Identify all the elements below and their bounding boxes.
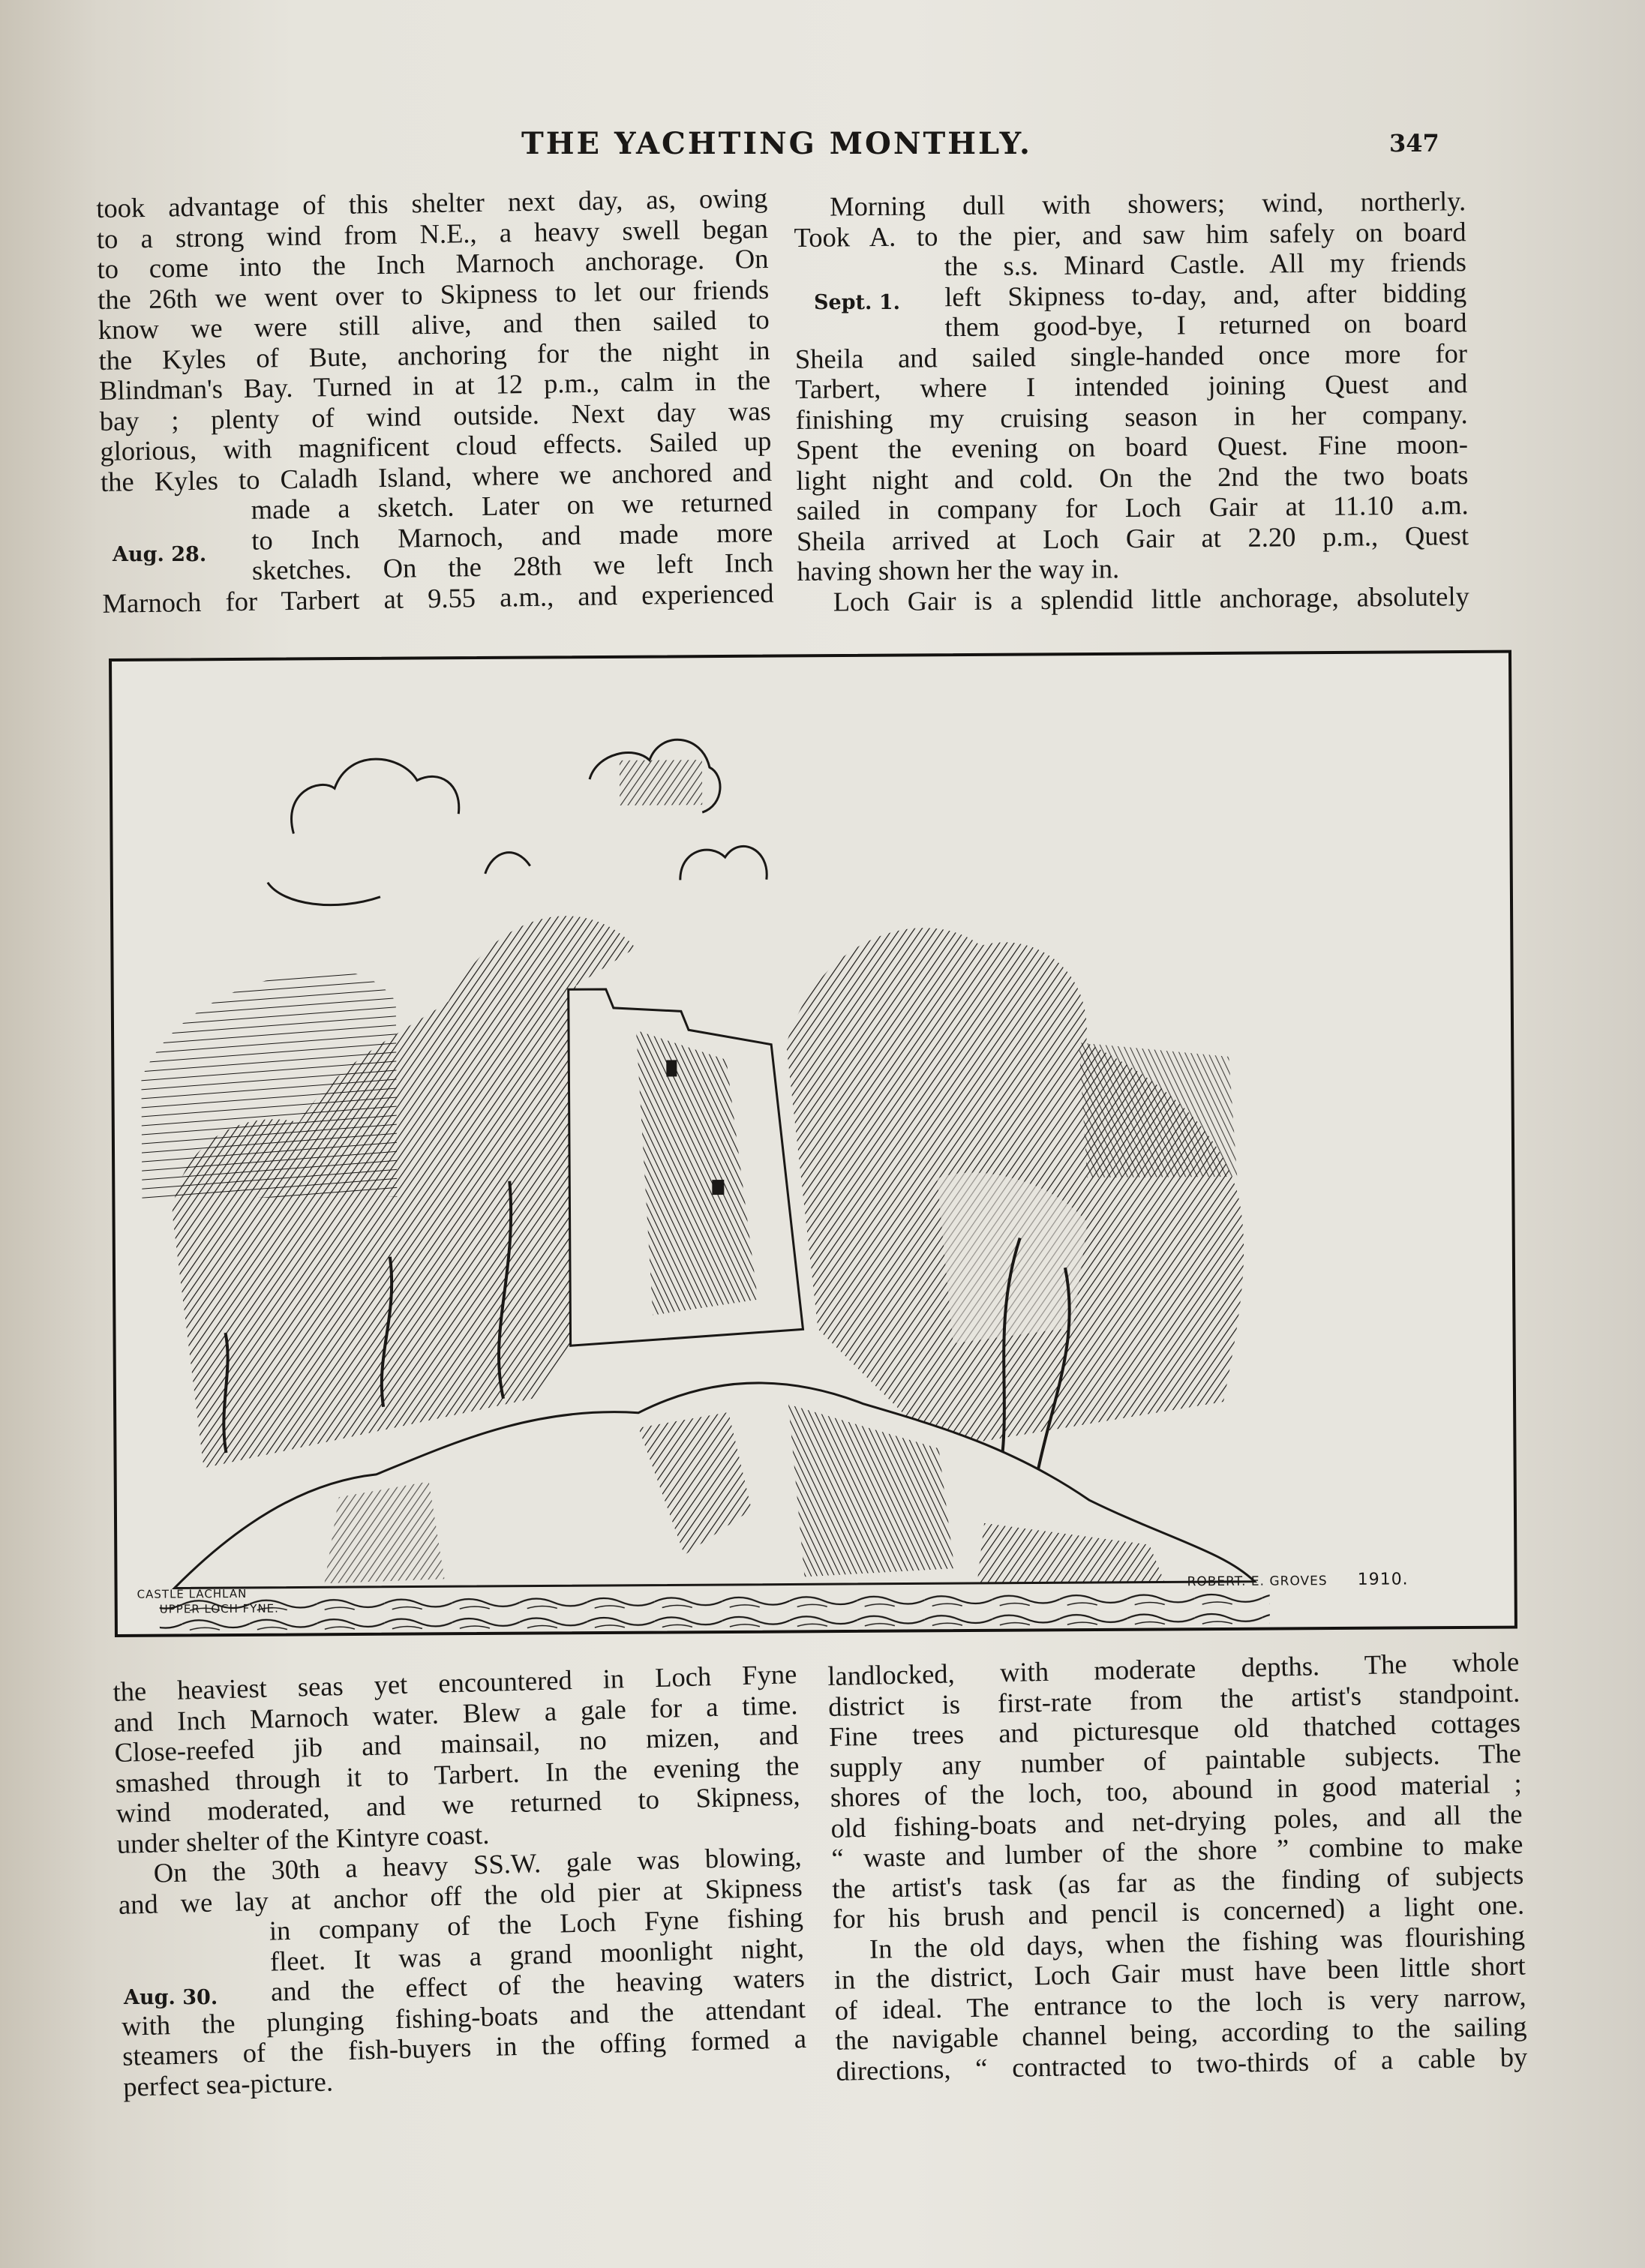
caption-subtitle: UPPER LOCH FYNE. <box>137 1601 279 1617</box>
pen-drawing-icon <box>109 650 1517 1637</box>
journal-title: THE YACHTING MONTHLY. <box>521 126 1032 161</box>
text-line: Sheila arrived at Loch Gair at 2.20 p.m.… <box>797 520 1469 556</box>
signature-year: 1910. <box>1358 1570 1409 1588</box>
margin-date-note: Aug. 28. <box>113 543 206 566</box>
running-header: THE YACHTING MONTHLY. 347 <box>0 126 1645 171</box>
margin-date-note: Aug. 30. <box>124 1986 218 2009</box>
illustration-caption: CASTLE LACHLAN UPPER LOCH FYNE. <box>137 1586 279 1617</box>
page-number: 347 <box>1389 129 1439 157</box>
margin-date-note: Sept. 1. <box>814 291 900 314</box>
text-line: Loch Gair is a splendid little anchorage… <box>797 581 1469 617</box>
illustration-castle-lachlan: CASTLE LACHLAN UPPER LOCH FYNE. ROBERT. … <box>109 650 1517 1637</box>
caption-title: CASTLE LACHLAN <box>137 1586 279 1602</box>
signature-name: ROBERT. E. GROVES <box>1187 1573 1327 1589</box>
bottom-right-column: landlocked, with moderate depths. The wh… <box>827 1647 1528 2086</box>
artist-signature: ROBERT. E. GROVES1910. <box>1187 1570 1408 1590</box>
bottom-left-column: the heaviest seas yet encountered in Loc… <box>113 1659 808 2102</box>
top-right-column: Morning dull with showers; wind, norther… <box>794 186 1469 617</box>
